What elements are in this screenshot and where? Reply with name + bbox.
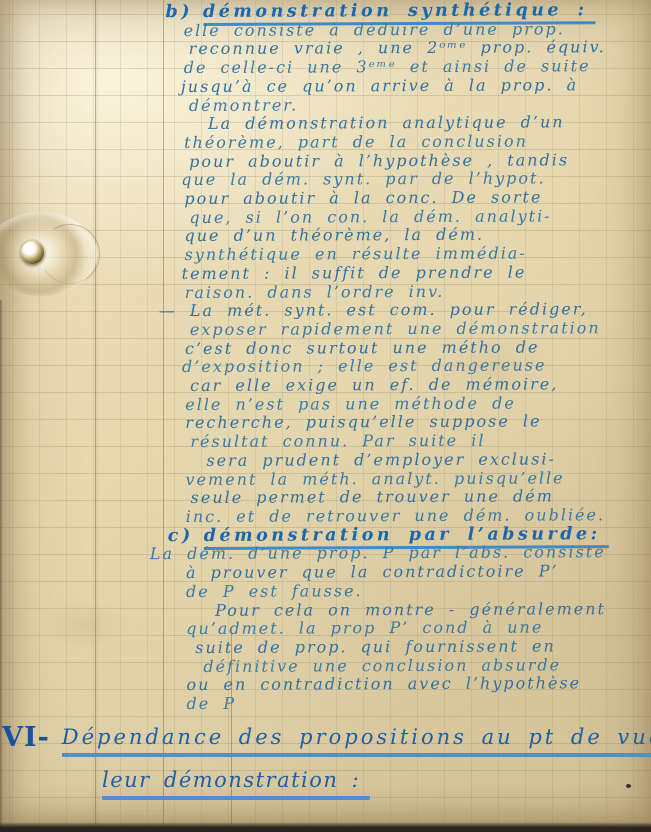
line-text: définitive une conclusion absurde [203, 655, 561, 676]
line-text: tement : il suffit de prendre le [182, 262, 527, 283]
line-text: que, si l’on con. la dém. analyti- [189, 206, 551, 227]
handwritten-line: pour aboutir à la conc. De sorte [184, 188, 651, 209]
handwritten-line: démontrer. [189, 94, 651, 115]
line-text: jusqu’à ce qu’on arrive à la prop. à [181, 75, 578, 96]
binder-eyelet-icon [21, 241, 44, 264]
handwritten-line: pour aboutir à l’hypothèse , tandis [189, 151, 651, 172]
line-text: — La mét. synt. est com. pour rédiger, [159, 300, 588, 321]
handwritten-line: jusqu’à ce qu’on arrive à la prop. à [181, 76, 651, 97]
handwritten-line: de celle-ci une 3ᵉᵐᵉ et ainsi de suite [184, 57, 651, 78]
line-text: ou en contradiction avec l’hypothèse [186, 674, 581, 695]
handwritten-line: que la dém. synt. par de l’hypot. [181, 169, 651, 190]
section-vi-heading: VI-Dépendance des propositions au pt de … [2, 722, 651, 792]
ink-dot [626, 784, 631, 788]
handwritten-line: car elle exige un ef. de mémoire, [190, 375, 651, 396]
line-text: recherche, puisqu’elle suppose le [185, 412, 541, 433]
handwritten-line: de P [186, 693, 651, 714]
line-text: elle n’est pas une méthode de [185, 393, 516, 413]
line-text: raison. dans l’ordre inv. [185, 281, 445, 301]
line-text: que d’un théorème, la dém. [184, 225, 484, 245]
section-vi-title-continued: leur démonstration : [102, 768, 370, 800]
line-text: de P est fausse. [186, 581, 363, 601]
line-text: de P [186, 694, 236, 713]
line-text: pour aboutir à l’hypothèse , tandis [189, 150, 569, 171]
page-bottom-edge [0, 822, 651, 832]
heading-label: c) [168, 526, 194, 546]
handwriting-block: b)démonstration synthétique :elle consis… [183, 1, 651, 714]
handwritten-line: exposer rapidement une démonstration [190, 319, 651, 340]
line-text: c’est donc surtout une métho de [185, 337, 540, 358]
line-text: inc. et de retrouver une dém. oubliée. [186, 505, 605, 526]
line-text: résultat connu. Par suite il [190, 431, 485, 451]
handwritten-line: résultat connu. Par suite il [190, 431, 651, 452]
line-text: La démonstration analytique d’un [208, 113, 565, 134]
section-b-heading: b)démonstration synthétique : [165, 1, 651, 22]
paper-crease [95, 0, 96, 832]
handwritten-line: elle n’est pas une méthode de [185, 394, 651, 415]
line-text: d’exposition ; elle est dangereuse [182, 356, 547, 377]
handwritten-line: La démonstration analytique d’un [184, 113, 651, 134]
handwritten-line: suite de prop. qui fournissent en [183, 637, 651, 658]
handwritten-line: qu’admet. la prop P’ cond à une [186, 618, 651, 639]
handwritten-line: vement la méth. analyt. puisqu’elle [185, 469, 651, 490]
line-text: La dém. d’une prop. P par l’abs. consist… [150, 543, 606, 564]
line-text: qu’admet. la prop P’ cond à une [186, 618, 543, 639]
handwritten-line: d’exposition ; elle est dangereuse [182, 356, 651, 377]
line-text: théorème, part de la conclusion [184, 131, 528, 151]
line-text: seule permet de trouver une dém [191, 487, 554, 508]
handwritten-line: que d’un théorème, la dém. [184, 225, 651, 246]
line-text: que la dém. synt. par de l’hypot. [181, 169, 545, 190]
line-text: à prouver que la contradictoire P’ [186, 561, 559, 582]
line-text: Pour cela on montre - généralement [215, 599, 606, 620]
handwritten-line: ou en contradiction avec l’hypothèse [186, 674, 651, 695]
handwritten-line: synthétique en résulte immédia- [185, 244, 651, 265]
handwritten-line: à prouver que la contradictoire P’ [186, 562, 651, 583]
handwritten-line: sera prudent d’employer exclusi- [182, 450, 651, 471]
handwritten-line: définitive une conclusion absurde [191, 656, 651, 677]
line-text: sera prudent d’employer exclusi- [206, 449, 556, 470]
handwritten-line: tement : il suffit de prendre le [182, 263, 651, 284]
line-text: synthétique en résulte immédia- [185, 244, 527, 264]
line-text: suite de prop. qui fournissent en [195, 636, 556, 657]
line-text: vement la méth. analyt. puisqu’elle [185, 468, 564, 489]
page-left-edge-shadow [0, 300, 3, 832]
section-vi-numeral: VI- [2, 722, 50, 753]
line-text: reconnue vraie , une 2ᵒᵐᵉ prop. équiv. [189, 38, 606, 59]
line-text: pour aboutir à la conc. De sorte [184, 187, 542, 208]
section-vi-line1: VI-Dépendance des propositions au pt de … [2, 722, 651, 753]
handwritten-line: seule permet de trouver une dém [191, 487, 651, 508]
handwritten-line: Pour cela on montre - généralement [191, 599, 651, 620]
heading-label: b) [165, 2, 193, 22]
line-text: démontrer. [189, 95, 298, 114]
handwritten-line: que, si l’on con. la dém. analyti- [189, 207, 651, 228]
notebook-page: b)démonstration synthétique :elle consis… [0, 0, 651, 832]
margin-line [163, 0, 164, 832]
handwritten-line: reconnue vraie , une 2ᵒᵐᵉ prop. équiv. [189, 38, 651, 59]
handwritten-line: c’est donc surtout une métho de [185, 338, 651, 359]
line-text: car elle exige un ef. de mémoire, [190, 374, 558, 395]
handwritten-line: théorème, part de la conclusion [184, 132, 651, 153]
line-text: elle consiste à déduire d’une prop. [184, 19, 565, 40]
handwritten-line: La dém. d’une prop. P par l’abs. consist… [150, 543, 651, 564]
section-vi-title: Dépendance des propositions au pt de vue… [62, 725, 651, 757]
paper-stain [40, 600, 130, 650]
section-vi-line2: leur démonstration : [102, 768, 651, 792]
line-text: exposer rapidement une démonstration [190, 318, 601, 339]
line-text: de celle-ci une 3ᵉᵐᵉ et ainsi de suite [184, 56, 591, 77]
handwritten-line: recherche, puisqu’elle suppose le [185, 412, 651, 433]
